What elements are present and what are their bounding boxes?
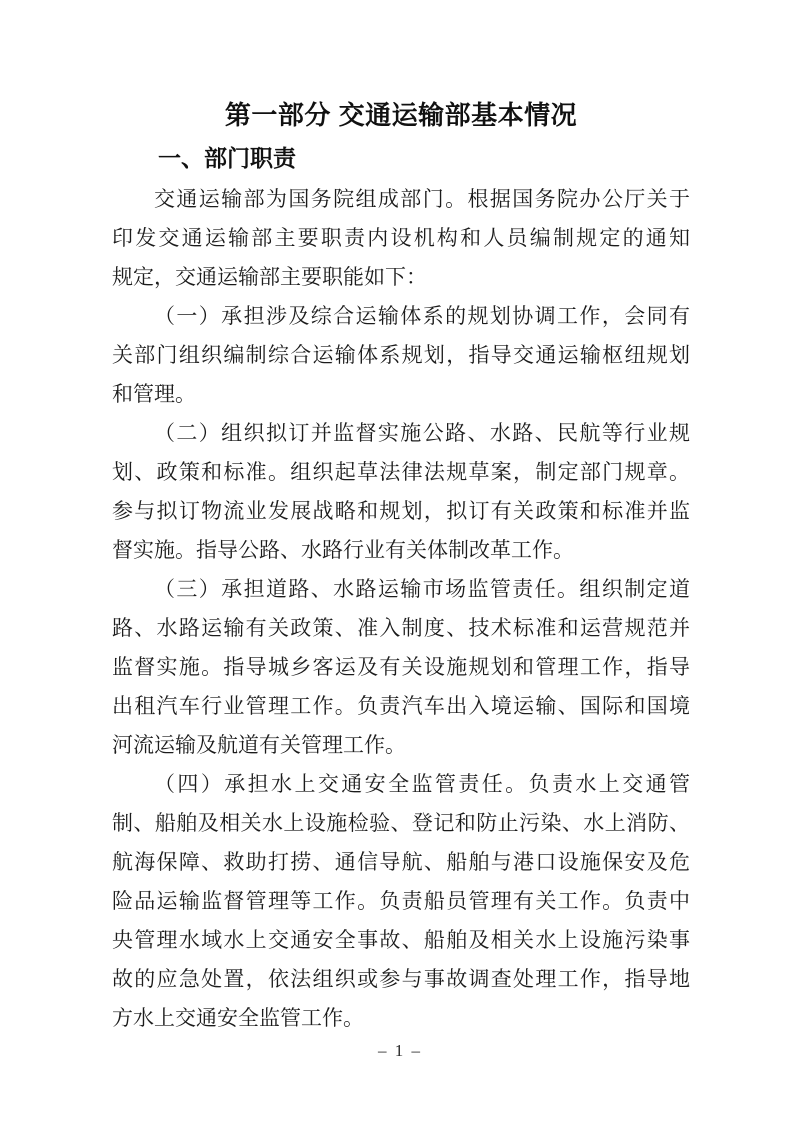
text-line: 督实施。指导公路、水路行业有关体制改革工作。 bbox=[112, 531, 690, 570]
text-line: 故的应急处置，依法组织或参与事故调查处理工作，指导地 bbox=[112, 960, 690, 999]
paragraph: （三）承担道路、水路运输市场监管责任。组织制定道路、水路运输有关政策、准入制度、… bbox=[112, 570, 690, 765]
text-line: 路、水路运输有关政策、准入制度、技术标准和运营规范并 bbox=[112, 609, 690, 648]
page-title: 第一部分 交通运输部基本情况 bbox=[112, 94, 690, 136]
text-line: （一）承担涉及综合运输体系的规划协调工作，会同有 bbox=[112, 297, 690, 336]
text-line: 河流运输及航道有关管理工作。 bbox=[112, 726, 690, 765]
section-heading: 一、部门职责 bbox=[112, 136, 690, 180]
text-line: 规定，交通运输部主要职能如下： bbox=[112, 258, 690, 297]
text-line: 制、船舶及相关水上设施检验、登记和防止污染、水上消防、 bbox=[112, 804, 690, 843]
document-content: 第一部分 交通运输部基本情况 一、部门职责 交通运输部为国务院组成部门。根据国务… bbox=[112, 94, 690, 1038]
page-number: – 1 – bbox=[0, 1040, 800, 1062]
paragraph: （二）组织拟订并监督实施公路、水路、民航等行业规划、政策和标准。组织起草法律法规… bbox=[112, 414, 690, 570]
text-line: 出租汽车行业管理工作。负责汽车出入境运输、国际和国境 bbox=[112, 687, 690, 726]
paragraph: （四）承担水上交通安全监管责任。负责水上交通管制、船舶及相关水上设施检验、登记和… bbox=[112, 765, 690, 1038]
paragraph: （一）承担涉及综合运输体系的规划协调工作，会同有关部门组织编制综合运输体系规划，… bbox=[112, 297, 690, 414]
text-line: 印发交通运输部主要职责内设机构和人员编制规定的通知 bbox=[112, 219, 690, 258]
text-line: （二）组织拟订并监督实施公路、水路、民航等行业规 bbox=[112, 414, 690, 453]
text-line: 险品运输监督管理等工作。负责船员管理有关工作。负责中 bbox=[112, 882, 690, 921]
text-line: （四）承担水上交通安全监管责任。负责水上交通管 bbox=[112, 765, 690, 804]
text-line: 央管理水域水上交通安全事故、船舶及相关水上设施污染事 bbox=[112, 921, 690, 960]
text-line: 参与拟订物流业发展战略和规划，拟订有关政策和标准并监 bbox=[112, 492, 690, 531]
text-line: （三）承担道路、水路运输市场监管责任。组织制定道 bbox=[112, 570, 690, 609]
text-line: 航海保障、救助打捞、通信导航、船舶与港口设施保安及危 bbox=[112, 843, 690, 882]
text-line: 关部门组织编制综合运输体系规划，指导交通运输枢纽规划 bbox=[112, 336, 690, 375]
text-line: 划、政策和标准。组织起草法律法规草案，制定部门规章。 bbox=[112, 453, 690, 492]
paragraph: 交通运输部为国务院组成部门。根据国务院办公厅关于印发交通运输部主要职责内设机构和… bbox=[112, 180, 690, 297]
text-line: 和管理。 bbox=[112, 375, 690, 414]
document-page: 第一部分 交通运输部基本情况 一、部门职责 交通运输部为国务院组成部门。根据国务… bbox=[0, 0, 800, 1131]
paragraphs: 交通运输部为国务院组成部门。根据国务院办公厅关于印发交通运输部主要职责内设机构和… bbox=[112, 180, 690, 1038]
text-line: 方水上交通安全监管工作。 bbox=[112, 999, 690, 1038]
text-line: 监督实施。指导城乡客运及有关设施规划和管理工作，指导 bbox=[112, 648, 690, 687]
text-line: 交通运输部为国务院组成部门。根据国务院办公厅关于 bbox=[112, 180, 690, 219]
